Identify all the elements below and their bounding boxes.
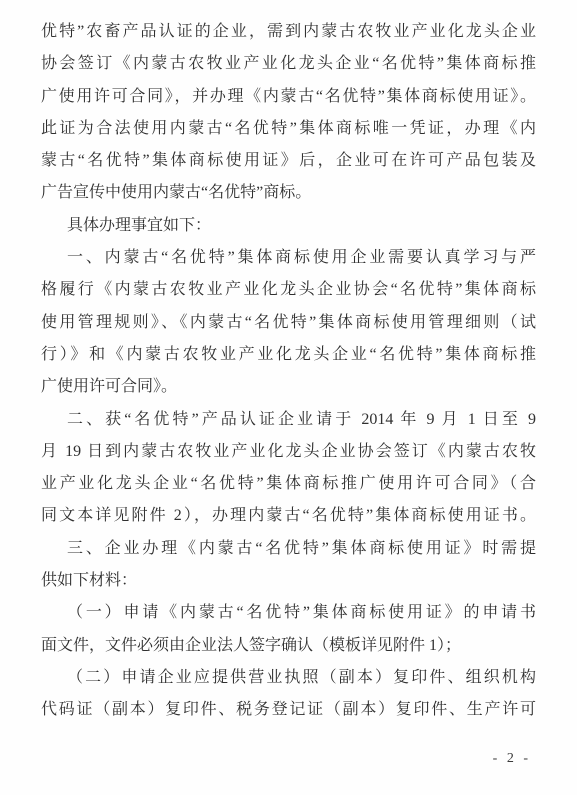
text-line: 此证为合法使用内蒙古“名优特”集体商标唯一凭证，办理《内 — [41, 113, 536, 145]
text-line: （一）申请《内蒙古“名优特”集体商标使用证》的申请书 — [41, 597, 536, 629]
text-line: 一、内蒙古“名优特”集体商标使用企业需要认真学习与严 — [41, 242, 536, 274]
text-line: 同文本详见附件 2），办理内蒙古“名优特”集体商标使用证书。 — [41, 500, 536, 532]
text-line: 广使用许可合同》，并办理《内蒙古“名优特”集体商标使用证》。 — [41, 81, 536, 113]
document-page: 优特”农畜产品认证的企业，需到内蒙古农牧业产业化龙头企业协会签订《内蒙古农牧业产… — [0, 0, 577, 795]
text-line: 行）》和《内蒙古农牧业产业化龙头企业“名优特”集体商标推 — [41, 339, 536, 371]
page-number: - 2 - — [493, 749, 531, 769]
text-line: 业产业化龙头企业“名优特”集体商标推广使用许可合同》（合 — [41, 468, 536, 500]
text-line: 使用管理规则》、《内蒙古“名优特”集体商标使用管理细则（试 — [41, 307, 536, 339]
text-line: 优特”农畜产品认证的企业，需到内蒙古农牧业产业化龙头企业 — [41, 16, 536, 48]
text-line: 蒙古“名优特”集体商标使用证》后，企业可在许可产品包装及 — [41, 145, 536, 177]
text-line: 供如下材料： — [41, 565, 536, 597]
text-line: 月 19 日到内蒙古农牧业产业化龙头企业协会签订《内蒙古农牧 — [41, 436, 536, 468]
text-line: 具体办理事宜如下： — [41, 210, 536, 242]
text-line: 面文件，文件必须由企业法人签字确认（模板详见附件 1）； — [41, 630, 536, 662]
text-line: 广使用许可合同》。 — [41, 371, 536, 403]
text-line: 二、获“名优特”产品认证企业请于 2014 年 9 月 1 日至 9 — [41, 404, 536, 436]
text-line: （二）申请企业应提供营业执照（副本）复印件、组织机构 — [41, 662, 536, 694]
text-line: 三、企业办理《内蒙古“名优特”集体商标使用证》时需提 — [41, 533, 536, 565]
text-line: 格履行《内蒙古农牧业产业化龙头企业协会“名优特”集体商标 — [41, 274, 536, 306]
text-line: 协会签订《内蒙古农牧业产业化龙头企业“名优特”集体商标推 — [41, 48, 536, 80]
text-line: 代码证（副本）复印件、税务登记证（副本）复印件、生产许可 — [41, 694, 536, 726]
document-text: 优特”农畜产品认证的企业，需到内蒙古农牧业产业化龙头企业协会签订《内蒙古农牧业产… — [41, 16, 536, 727]
text-line: 广告宣传中使用内蒙古“名优特”商标。 — [41, 177, 536, 209]
